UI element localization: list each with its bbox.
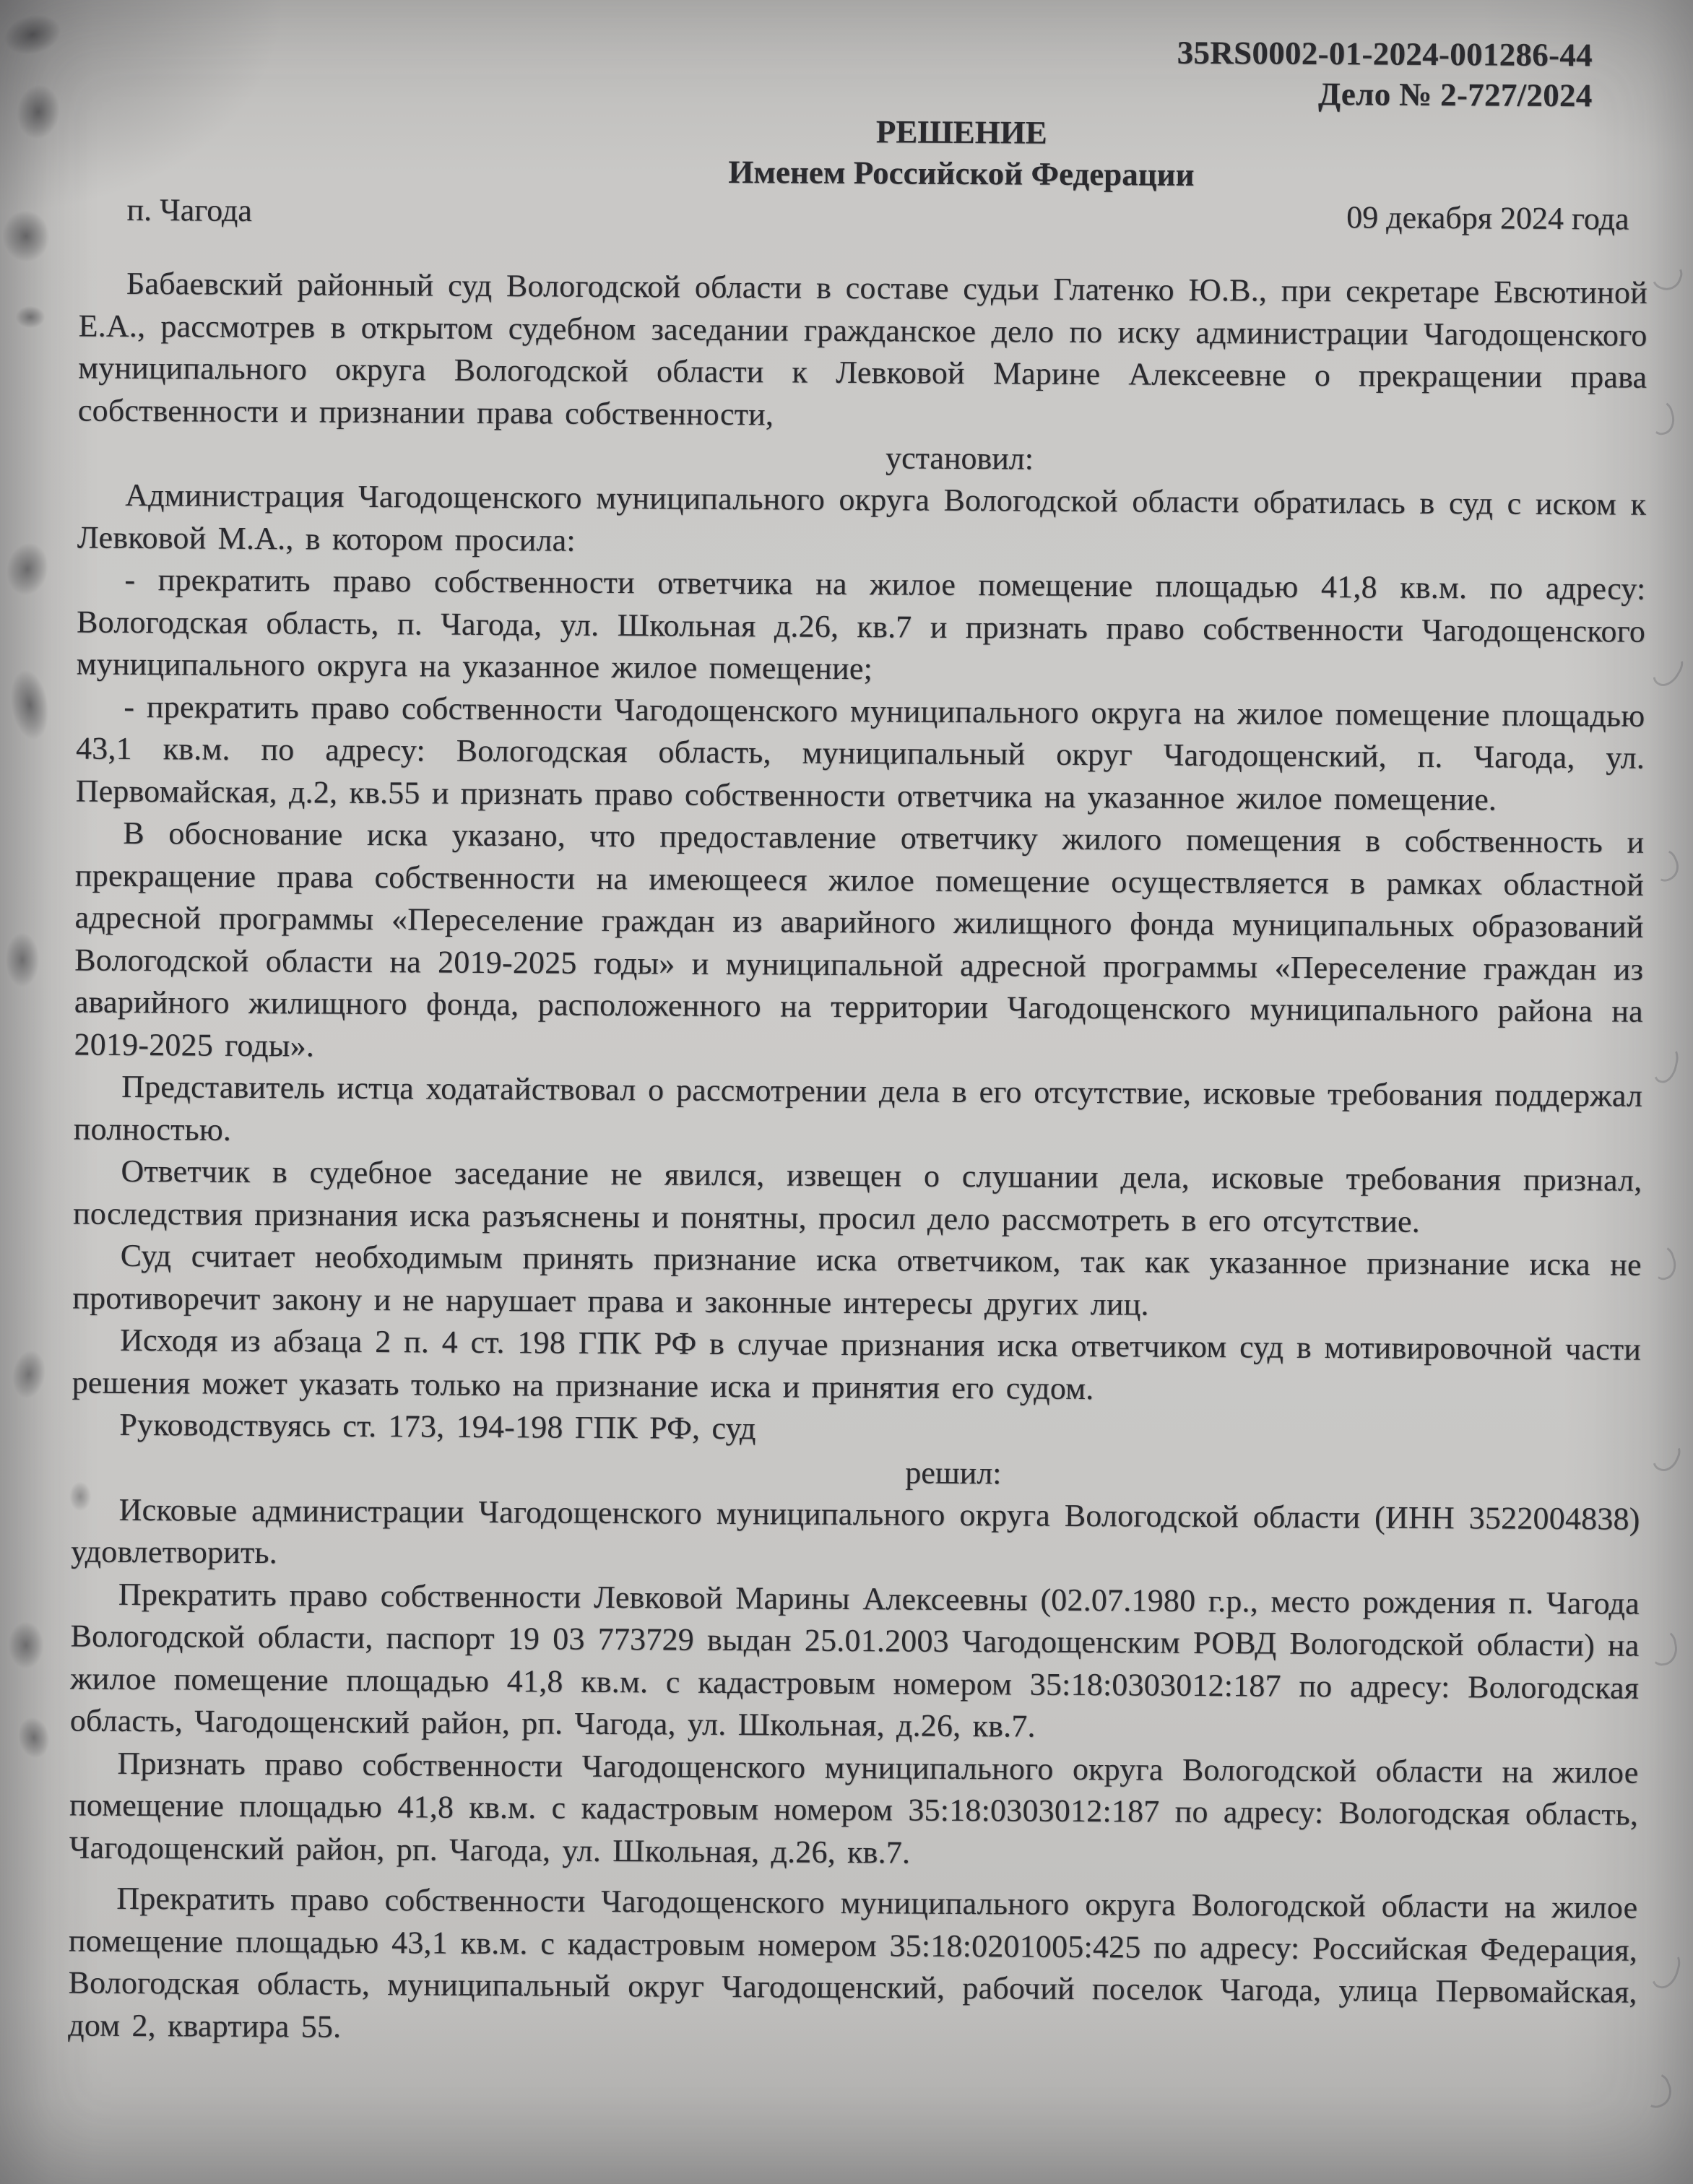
paragraph-claim-1: - прекратить право собственности ответчи… xyxy=(77,558,1646,695)
paragraph-plaintiff-motion: Представитель истца ходатайствовал о рас… xyxy=(74,1065,1643,1159)
paragraph-claim-intro: Администрация Чагодощенского муниципальн… xyxy=(77,474,1647,568)
paragraph-defendant-position: Ответчик в судебное заседание не явился,… xyxy=(73,1150,1642,1244)
issue-date: 09 декабря 2024 года xyxy=(1346,196,1629,240)
paragraph-court-opinion: Суд считает необходимым принять признани… xyxy=(72,1234,1642,1328)
paragraph-justification: В обоснование иска указано, что предоста… xyxy=(74,812,1644,1075)
paragraph-terminate-ownership-1: Прекратить право собственности Левковой … xyxy=(70,1573,1640,1751)
paragraph-satisfy: Исковые администрации Чагодощенского мун… xyxy=(71,1488,1640,1582)
paragraph-court-composition: Бабаевский районный суд Вологодской обла… xyxy=(78,262,1647,441)
paragraph-recognize-ownership: Признать право собственности Чагодощенск… xyxy=(69,1742,1639,1878)
document-body: 35RS0002-01-2024-001286-44 Дело № 2-727/… xyxy=(0,0,1693,2184)
paragraph-claim-2: - прекратить право собственности Чагодощ… xyxy=(76,685,1645,822)
paragraph-terminate-ownership-2: Прекратить право собственности Чагодощен… xyxy=(68,1877,1637,2055)
paragraph-gpk-reference: Исходя из абзаца 2 п. 4 ст. 198 ГПК РФ в… xyxy=(72,1319,1641,1413)
issue-place: п. Чагода xyxy=(126,189,252,232)
scanned-court-decision-page: 35RS0002-01-2024-001286-44 Дело № 2-727/… xyxy=(0,0,1693,2184)
place-date-row: п. Чагода 09 декабря 2024 года xyxy=(79,188,1647,240)
